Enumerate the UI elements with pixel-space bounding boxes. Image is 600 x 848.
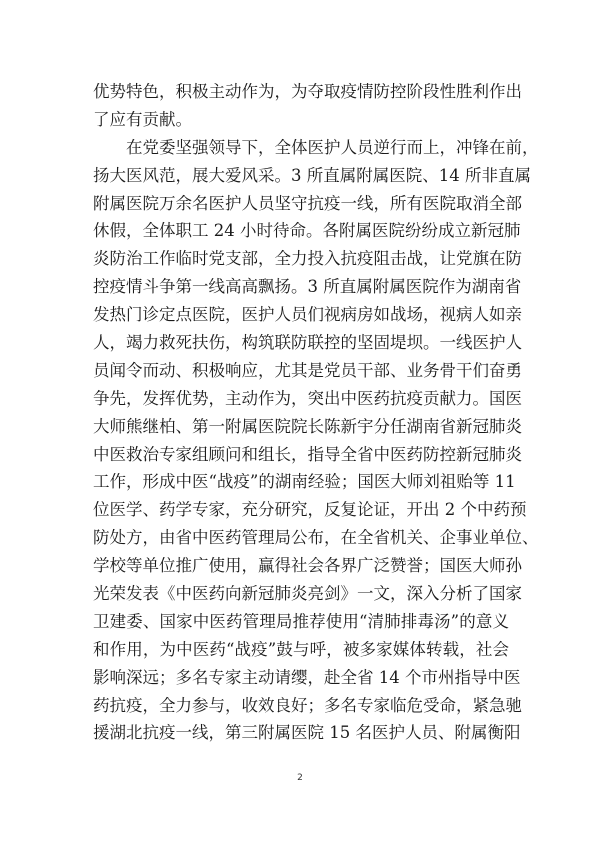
- text-line: 援湖北抗疫一线，第三附属医院 15 名医护人员、附属衡阳: [93, 719, 509, 747]
- text-line: 了应有贡献。: [93, 106, 509, 134]
- page-number: 2: [0, 773, 600, 783]
- text-line: 光荣发表《中医药向新冠肺炎亮剑》一文，深入分析了国家: [93, 580, 509, 608]
- text-line: 人，竭力救死扶伤，构筑联防联控的坚固堤坝。一线医护人: [93, 329, 509, 357]
- text-line: 发热门诊定点医院，医护人员们视病房如战场，视病人如亲: [93, 301, 509, 329]
- text-line: 位医学、药学专家，充分研究，反复论证，开出 2 个中药预: [93, 496, 509, 524]
- text-line: 附属医院万余名医护人员坚守抗疫一线，所有医院取消全部: [93, 190, 509, 218]
- text-line: 中医救治专家组顾问和组长，指导全省中医药防控新冠肺炎: [93, 441, 509, 469]
- text-line: 卫建委、国家中医药管理局推荐使用“清肺排毒汤”的意义: [93, 608, 509, 636]
- text-line: 炎防治工作临时党支部，全力投入抗疫阻击战，让党旗在防: [93, 245, 509, 273]
- text-line: 优势特色，积极主动作为，为夺取疫情防控阶段性胜利作出: [93, 78, 509, 106]
- text-line: 扬大医风范，展大爱风采。3 所直属附属医院、14 所非直属: [93, 162, 509, 190]
- text-line: 和作用，为中医药“战疫”鼓与呼，被多家媒体转载，社会: [93, 636, 509, 664]
- text-line: 休假，全体职工 24 小时待命。各附属医院纷纷成立新冠肺: [93, 217, 509, 245]
- body-text: 优势特色，积极主动作为，为夺取疫情防控阶段性胜利作出 了应有贡献。 在党委坚强领…: [93, 78, 509, 747]
- text-line: 在党委坚强领导下，全体医护人员逆行而上，冲锋在前，: [93, 134, 509, 162]
- text-line: 员闻令而动、积极响应，尤其是党员干部、业务骨干们奋勇: [93, 357, 509, 385]
- text-line: 争先，发挥优势，主动作为，突出中医药抗疫贡献力。国医: [93, 385, 509, 413]
- text-line: 工作，形成中医“战疫”的湖南经验；国医大师刘祖贻等 11: [93, 468, 509, 496]
- text-line: 学校等单位推广使用，赢得社会各界广泛赞誉；国医大师孙: [93, 552, 509, 580]
- text-line: 影响深远；多名专家主动请缨，赴全省 14 个市州指导中医: [93, 664, 509, 692]
- text-line: 控疫情斗争第一线高高飘扬。3 所直属附属医院作为湖南省: [93, 273, 509, 301]
- document-page: 优势特色，积极主动作为，为夺取疫情防控阶段性胜利作出 了应有贡献。 在党委坚强领…: [0, 0, 600, 848]
- text-line: 大师熊继柏、第一附属医院院长陈新宇分任湖南省新冠肺炎: [93, 413, 509, 441]
- text-line: 防处方，由省中医药管理局公布，在全省机关、企事业单位、: [93, 524, 509, 552]
- text-line: 药抗疫，全力参与，收效良好；多名专家临危受命，紧急驰: [93, 692, 509, 720]
